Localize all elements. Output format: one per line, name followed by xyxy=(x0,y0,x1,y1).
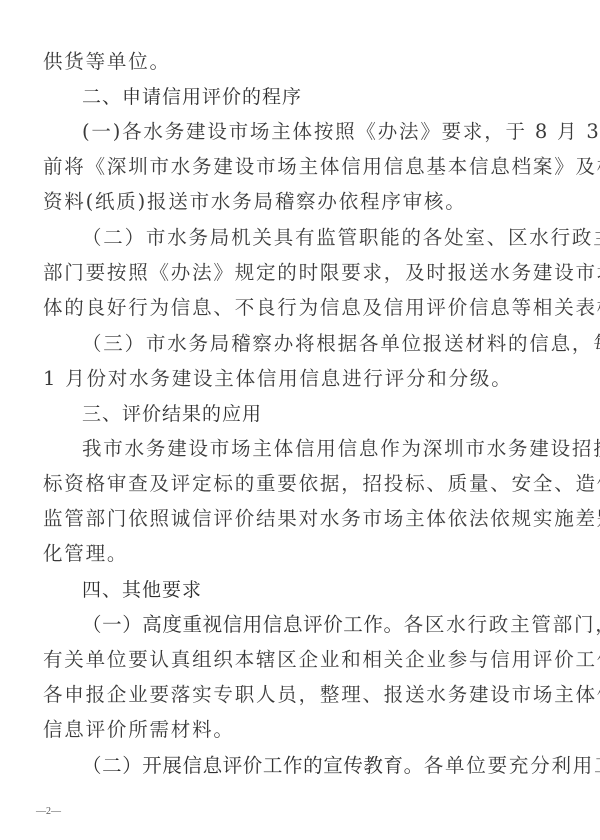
paragraph-line: 我市水务建设市场主体信用信息作为深圳市水务建设招投 xyxy=(82,437,557,461)
paragraph-line: 各申报企业要落实专职人员，整理、报送水务建设市场主体信用 xyxy=(43,683,557,707)
paragraph-line: 体的良好行为信息、不良行为信息及信用评价信息等相关表格。 xyxy=(43,296,557,320)
paragraph-line: 监管部门依照诚信评价结果对水务市场主体依法依规实施差别 xyxy=(43,507,557,531)
section-heading-2: 二、申请信用评价的程序 xyxy=(82,85,557,109)
paragraph-line: （二）市水务局机关具有监管职能的各处室、区水行政主管 xyxy=(82,226,557,250)
paragraph-line: （三）市水务局稽察办将根据各单位报送材料的信息，每年 xyxy=(82,332,557,356)
document-page: 供货等单位。 二、申请信用评价的程序 (一)各水务建设市场主体按照《办法》要求，… xyxy=(0,0,600,840)
paragraph-line: 前将《深圳市水务建设市场主体信用信息基本信息档案》及相关 xyxy=(43,155,557,179)
paragraph-text: 各区水行政主管部门，各 xyxy=(404,613,600,636)
paragraph-line: 信息评价所需材料。 xyxy=(43,718,557,742)
paragraph-line: 资料(纸质)报送市水务局稽察办依程序审核。 xyxy=(43,190,557,214)
paragraph-line: （二）开展信息评价工作的宣传教育。各单位要充分利用工作 xyxy=(82,754,557,778)
section-heading-3: 三、评价结果的应用 xyxy=(82,402,557,426)
paragraph-line: 有关单位要认真组织本辖区企业和相关企业参与信用评价工作。 xyxy=(43,648,557,672)
paragraph-line: 供货等单位。 xyxy=(43,50,557,74)
paragraph-line: 标资格审查及评定标的重要依据，招投标、质量、安全、造价等 xyxy=(43,472,557,496)
paragraph-line: 部门要按照《办法》规定的时限要求，及时报送水务建设市场主 xyxy=(43,261,557,285)
paragraph-line: (一)各水务建设市场主体按照《办法》要求，于 8 月 30 日 xyxy=(82,120,557,144)
page-number: —2— xyxy=(36,806,61,817)
subsection-lead: （一）高度重视信用信息评价工作。 xyxy=(82,613,404,636)
paragraph-line: 1 月份对水务建设主体信用信息进行评分和分级。 xyxy=(43,367,557,391)
paragraph-text: 各单位要充分利用工作 xyxy=(424,754,600,777)
subsection-lead: （二）开展信息评价工作的宣传教育。 xyxy=(82,754,424,777)
paragraph-line: （一）高度重视信用信息评价工作。各区水行政主管部门，各 xyxy=(82,613,557,637)
paragraph-line: 化管理。 xyxy=(43,542,557,566)
section-heading-4: 四、其他要求 xyxy=(82,578,557,602)
